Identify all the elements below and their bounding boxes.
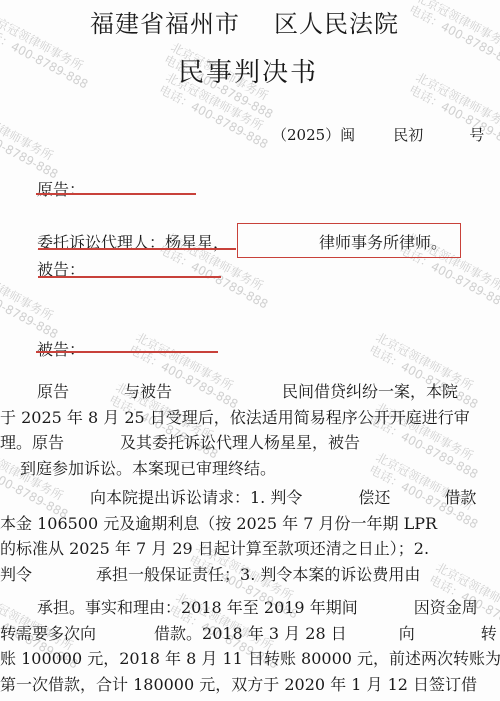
court-prefix: 福建省福州市: [90, 10, 240, 38]
judgment-page: 北京冠领律师事务所电话：400-8789-888 北京冠领律师事务所电话：400…: [0, 0, 500, 701]
plaintiff-label: 原告：: [37, 177, 85, 200]
watermark: 北京冠领律师事务所电话：400-8789-888: [0, 10, 97, 92]
court-name: 福建省福州市区人民法院: [90, 4, 399, 39]
paragraph-proceedings: 原告与被告民间借贷纠纷一案，本院 于 2025 年 8 月 25 日受理后，依法…: [0, 379, 500, 481]
court-suffix: 区人民法院: [274, 10, 399, 38]
plaintiff-underline: [36, 193, 196, 195]
document-title: 民事判决书: [178, 52, 318, 89]
agent-firm: 律师事务所律师。: [319, 230, 447, 253]
agent-underline: [38, 248, 236, 250]
watermark: 北京冠领律师事务所电话：400-8789-888: [407, 0, 500, 72]
paragraph-claims: 向本院提出诉讼请求：1. 判令偿还借款 本金 106500 元及逾期利息（按 2…: [0, 485, 500, 587]
defendant1-underline: [38, 276, 221, 278]
paragraph-facts: 承担。事实和理由：2018 年至 2019 年期间因资金周 转需要多次向借款。2…: [0, 595, 500, 697]
defendant2-underline: [36, 351, 218, 353]
case-number: （2025）闽民初号: [272, 124, 484, 145]
watermark: 北京冠领律师事务所电话：400-8789-888: [0, 100, 67, 182]
defendant2-label: 被告：: [37, 337, 85, 360]
